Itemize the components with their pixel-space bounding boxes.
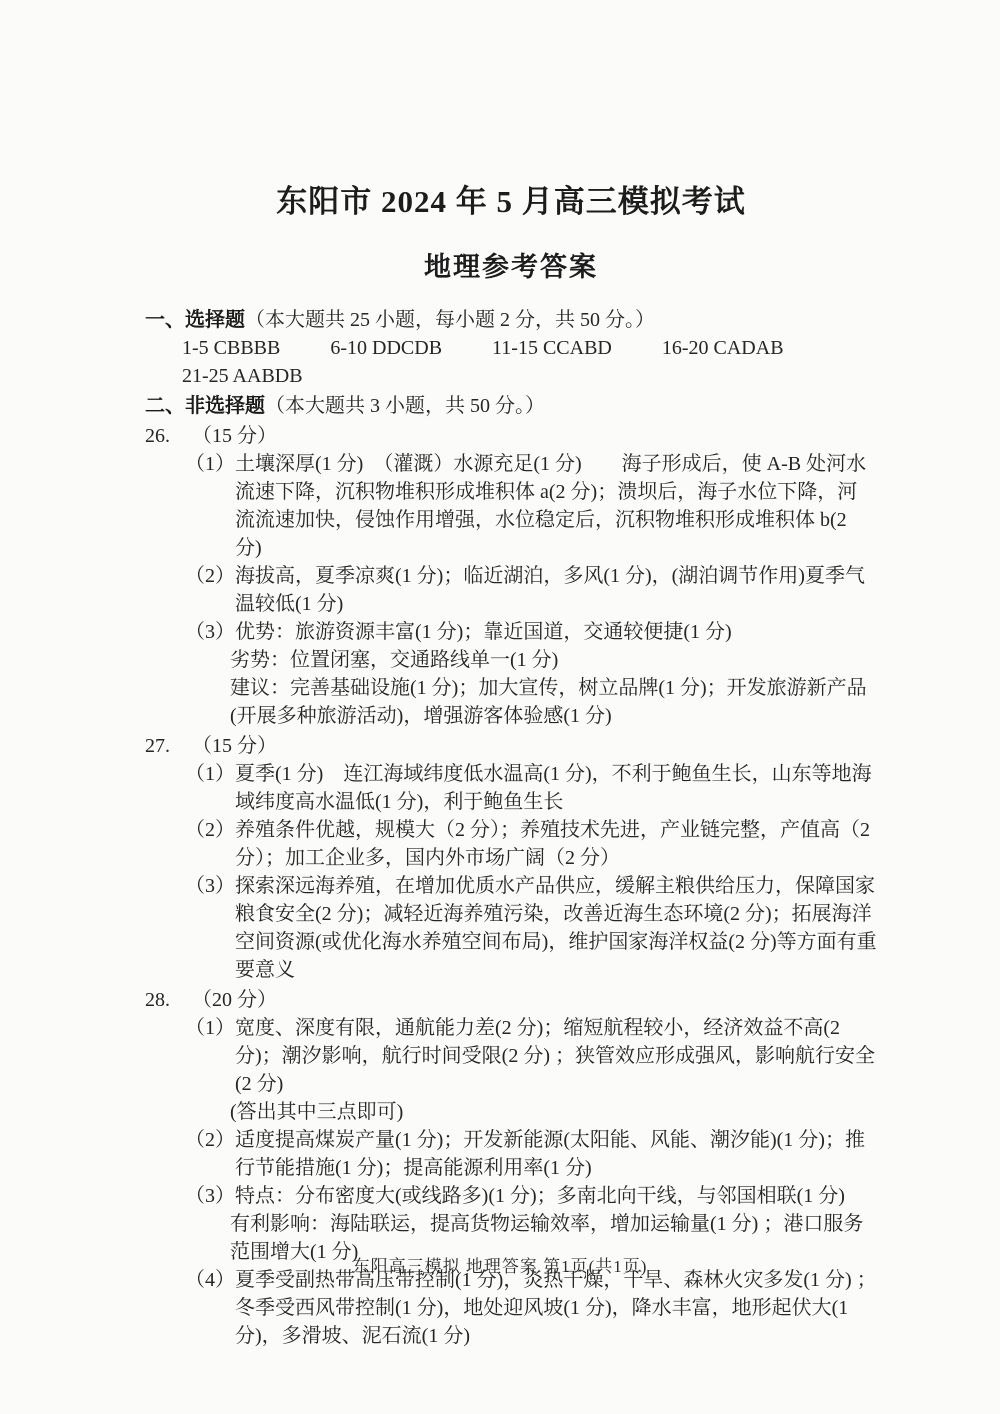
section-heading-paren: （本大题共 3 小题，共 50 分。） [265, 395, 545, 417]
part-label: （1） [185, 450, 235, 562]
question-score: （15 分） [192, 732, 277, 760]
question-score: （20 分） [192, 986, 277, 1014]
question-number: 26. [145, 422, 192, 450]
part-text: 海拔高，夏季凉爽(1 分)；临近湖泊，多风(1 分)，(湖泊调节作用)夏季气温较… [235, 562, 877, 618]
section-heading-choice: 一、选择题（本大题共 25 小题，每小题 2 分，共 50 分。） [145, 306, 877, 334]
part-text: 建议：完善基础设施(1 分)；加大宣传，树立品牌(1 分)；开发旅游新产品(开展… [230, 674, 877, 730]
answer-paragraph: （3） 特点：分布密度大(或线路多)(1 分)；多南北向干线，与邻国相联(1 分… [185, 1182, 877, 1210]
section-heading-paren: （本大题共 25 小题，每小题 2 分，共 50 分。） [245, 309, 655, 331]
question-number: 28. [145, 986, 192, 1014]
answer-paragraph: （2） 养殖条件优越，规模大（2 分）；养殖技术先进，产业链完整，产值高（2 分… [185, 816, 877, 872]
exam-answer-page: 东阳市 2024 年 5 月高三模拟考试 地理参考答案 一、选择题（本大题共 2… [0, 0, 1000, 1414]
answer-paragraph: 劣势：位置闭塞，交通路线单一(1 分) [185, 646, 877, 674]
part-text: 宽度、深度有限，通航能力差(2 分)；缩短航程较小，经济效益不高(2 分)；潮汐… [235, 1014, 877, 1098]
question-27-header: 27. （15 分） [145, 732, 877, 760]
choice-answers-row-1: 1-5 CBBBB 6-10 DDCDB 11-15 CCABD 16-20 C… [182, 334, 877, 362]
part-label: （2） [185, 816, 235, 872]
answer-paragraph: （1） 夏季(1 分) 连江海域纬度低水温高(1 分)，不利于鲍鱼生长，山东等地… [185, 760, 877, 816]
section-heading-bold: 二、非选择题 [145, 395, 265, 417]
part-label: （3） [185, 872, 235, 984]
part-label: （2） [185, 562, 235, 618]
section-heading-bold: 一、选择题 [145, 309, 245, 331]
part-label [185, 1098, 230, 1126]
part-text: 土壤深厚(1 分) （灌溉）水源充足(1 分) 海子形成后，使 A-B 处河水流… [235, 450, 877, 562]
part-text: 特点：分布密度大(或线路多)(1 分)；多南北向干线，与邻国相联(1 分) [235, 1182, 877, 1210]
answer-paragraph: （1） 宽度、深度有限，通航能力差(2 分)；缩短航程较小，经济效益不高(2 分… [185, 1014, 877, 1098]
part-label: （1） [185, 760, 235, 816]
part-text: (答出其中三点即可) [230, 1098, 877, 1126]
part-label [185, 646, 230, 674]
part-text: 养殖条件优越，规模大（2 分）；养殖技术先进，产业链完整，产值高（2 分）；加工… [235, 816, 877, 872]
page-content: 东阳市 2024 年 5 月高三模拟考试 地理参考答案 一、选择题（本大题共 2… [145, 176, 877, 1350]
part-text: 夏季(1 分) 连江海域纬度低水温高(1 分)，不利于鲍鱼生长，山东等地海域纬度… [235, 760, 877, 816]
answer-paragraph: （3） 探索深远海养殖，在增加优质水产品供应，缓解主粮供给压力，保障国家粮食安全… [185, 872, 877, 984]
answer-group: 21-25 AABDB [182, 362, 303, 390]
question-26-header: 26. （15 分） [145, 422, 877, 450]
section-heading-nonchoice: 二、非选择题（本大题共 3 小题，共 50 分。） [145, 392, 877, 420]
part-text: 优势：旅游资源丰富(1 分)；靠近国道，交通较便捷(1 分) [235, 618, 877, 646]
part-label: （1） [185, 1014, 235, 1098]
choice-answers-row-2: 21-25 AABDB [182, 362, 877, 390]
part-label: （4） [185, 1266, 235, 1350]
answer-paragraph: （4） 夏季受副热带高压带控制(1 分)，炎热干燥，干旱、森林火灾多发(1 分)… [185, 1266, 877, 1350]
answer-paragraph: （2） 适度提高煤炭产量(1 分)；开发新能源(太阳能、风能、潮汐能)(1 分)… [185, 1126, 877, 1182]
part-text: 劣势：位置闭塞，交通路线单一(1 分) [230, 646, 877, 674]
page-title: 东阳市 2024 年 5 月高三模拟考试 [145, 176, 877, 221]
answer-paragraph: 建议：完善基础设施(1 分)；加大宣传，树立品牌(1 分)；开发旅游新产品(开展… [185, 674, 877, 730]
part-label [185, 674, 230, 730]
answer-group: 16-20 CADAB [662, 334, 784, 362]
part-text: 夏季受副热带高压带控制(1 分)，炎热干燥，干旱、森林火灾多发(1 分) ；冬季… [235, 1266, 877, 1350]
answer-paragraph: (答出其中三点即可) [185, 1098, 877, 1126]
question-28-header: 28. （20 分） [145, 986, 877, 1014]
answer-group: 11-15 CCABD [492, 334, 612, 362]
part-text: 适度提高煤炭产量(1 分)；开发新能源(太阳能、风能、潮汐能)(1 分)；推行节… [235, 1126, 877, 1182]
answer-group: 6-10 DDCDB [330, 334, 442, 362]
question-score: （15 分） [192, 422, 277, 450]
page-subtitle: 地理参考答案 [145, 245, 877, 284]
part-label: （3） [185, 1182, 235, 1210]
answer-paragraph: （3） 优势：旅游资源丰富(1 分)；靠近国道，交通较便捷(1 分) [185, 618, 877, 646]
question-number: 27. [145, 732, 192, 760]
part-text: 探索深远海养殖，在增加优质水产品供应，缓解主粮供给压力，保障国家粮食安全(2 分… [235, 872, 877, 984]
part-label: （3） [185, 618, 235, 646]
answer-body: 一、选择题（本大题共 25 小题，每小题 2 分，共 50 分。） 1-5 CB… [145, 306, 877, 1350]
answer-paragraph: （1） 土壤深厚(1 分) （灌溉）水源充足(1 分) 海子形成后，使 A-B … [185, 450, 877, 562]
page-footer: 东阳高三模拟 地理答案 第1页(共1页) [0, 1252, 1000, 1277]
part-label: （2） [185, 1126, 235, 1182]
answer-group: 1-5 CBBBB [182, 334, 280, 362]
answer-paragraph: （2） 海拔高，夏季凉爽(1 分)；临近湖泊，多风(1 分)，(湖泊调节作用)夏… [185, 562, 877, 618]
